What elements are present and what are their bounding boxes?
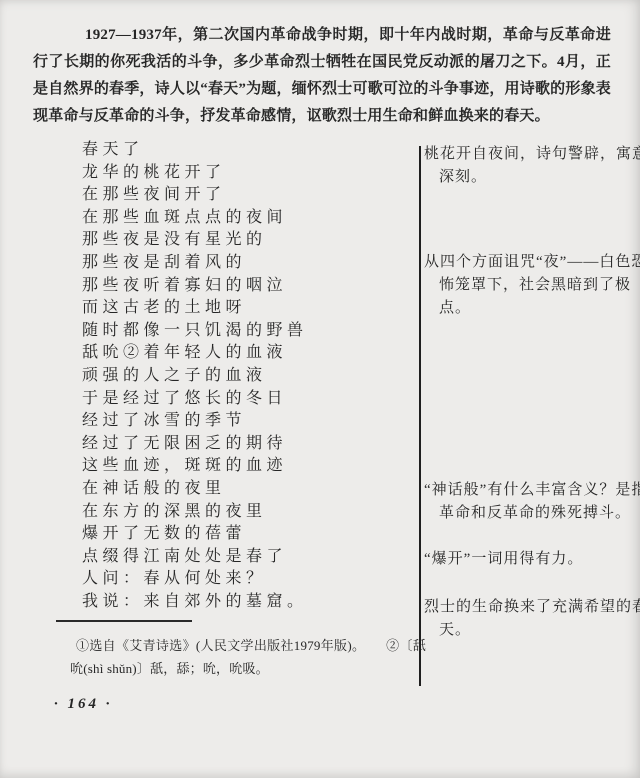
column-divider-line [419, 146, 421, 686]
poem-line: 这些血迹，斑斑的血迹 [82, 455, 308, 478]
poem-line: 舐吮②着年轻人的血液 [82, 342, 308, 365]
footnotes-block: ①选自《艾青诗选》(人民文学出版社1979年版)。②〔舐吮(shì shǔn)〕… [70, 634, 426, 680]
margin-annotation: 烈士的生命换来了充满希望的春天。 [424, 596, 640, 642]
poem-line: 我说：来自郊外的墓窟。 [82, 591, 308, 614]
poem-line: 那些夜是刮着风的 [82, 252, 308, 275]
poem-line: 在东方的深黑的夜里 [82, 501, 308, 524]
poem-line: 春天了 [82, 139, 308, 162]
poem-line: 在那些血斑点点的夜间 [82, 207, 308, 230]
poem-line: 点缀得江南处处是春了 [82, 546, 308, 569]
margin-annotation: 桃花开自夜间，诗句警辟，寓意深刻。 [424, 143, 640, 189]
scanned-textbook-page: 1927—1937年，第二次国内革命战争时期，即十年内战时期，革命与反革命进行了… [0, 0, 640, 778]
margin-annotation: 从四个方面诅咒“夜”——白色恐怖笼罩下，社会黑暗到了极点。 [424, 251, 640, 320]
poem-line: 龙华的桃花开了 [82, 162, 308, 185]
poem-line: 那些夜听着寡妇的咽泣 [82, 275, 308, 298]
margin-annotation: “神话般”有什么丰富含义？是指革命和反革命的殊死搏斗。 [424, 479, 640, 525]
footnote-item: ①选自《艾青诗选》(人民文学出版社1979年版)。 [76, 638, 365, 653]
poem-line: 于是经过了悠长的冬日 [82, 388, 308, 411]
poem-line: 在那些夜间开了 [82, 184, 308, 207]
footnote-separator-line [56, 620, 192, 622]
poem-line: 在神话般的夜里 [82, 478, 308, 501]
poem-column: 春天了龙华的桃花开了在那些夜间开了在那些血斑点点的夜间那些夜是没有星光的那些夜是… [82, 139, 308, 613]
page-number: · 164 · [54, 696, 113, 713]
poem-line: 爆开了无数的蓓蕾 [82, 523, 308, 546]
poem-line: 那些夜是没有星光的 [82, 229, 308, 252]
margin-annotation: “爆开”一词用得有力。 [424, 548, 640, 571]
poem-line: 顽强的人之子的血液 [82, 365, 308, 388]
poem-line: 经过了无限困乏的期待 [82, 433, 308, 456]
poem-line: 随时都像一只饥渴的野兽 [82, 320, 308, 343]
intro-paragraph: 1927—1937年，第二次国内革命战争时期，即十年内战时期，革命与反革命进行了… [33, 22, 611, 130]
poem-line: 人问：春从何处来？ [82, 568, 308, 591]
poem-line: 经过了冰雪的季节 [82, 410, 308, 433]
poem-line: 而这古老的土地呀 [82, 297, 308, 320]
